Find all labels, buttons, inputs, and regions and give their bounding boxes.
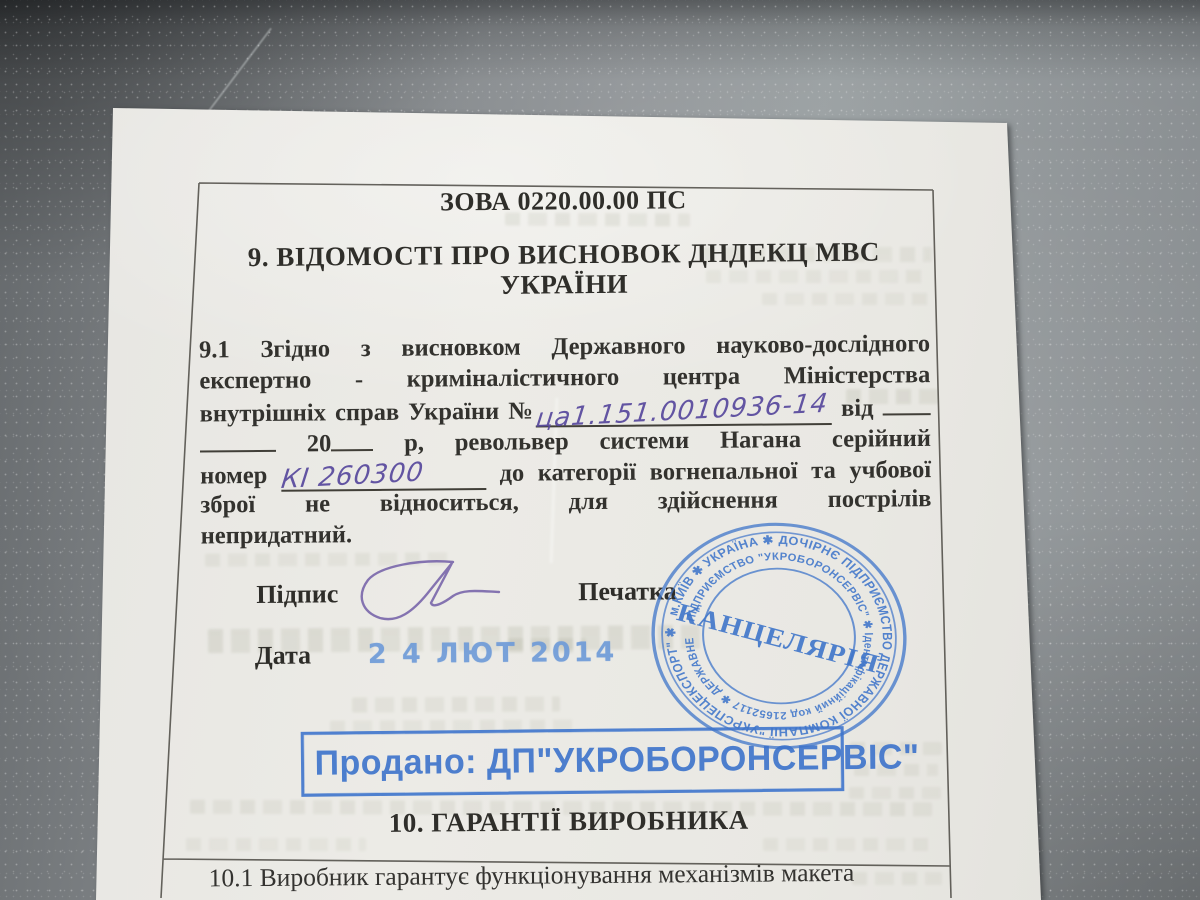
p91-line5-prefix: номер xyxy=(200,462,267,490)
seal-label: Печатка xyxy=(578,576,677,607)
paper-sheet: ЗОВА 0220.00.00 ПС 9. ВІДОМОСТІ ПРО ВИСН… xyxy=(0,0,1200,900)
section9-heading-line2: УКРАЇНИ xyxy=(198,266,929,303)
signature-label: Підпис xyxy=(256,579,338,610)
document-code: ЗОВА 0220.00.00 ПС xyxy=(198,183,929,219)
section10-heading: 10. ГАРАНТІЇ ВИРОБНИКА xyxy=(203,803,934,840)
expert-report-number-field: ца1.151.0010936-14 xyxy=(536,393,832,428)
sold-stamp-text: Продано: ДП"УКРОБОРОНСЕРВІС" xyxy=(304,729,825,791)
blank-line xyxy=(883,392,931,415)
p91-year-prefix: 20 xyxy=(307,430,332,457)
date-stamp: 2 4 ЛЮТ 2014 xyxy=(368,637,618,670)
p91-line5-suffix: до категорії вогнепальної та учбової xyxy=(499,456,931,487)
photo-scene: ЗОВА 0220.00.00 ПС 9. ВІДОМОСТІ ПРО ВИСН… xyxy=(0,0,1200,900)
sold-stamp: Продано: ДП"УКРОБОРОНСЕРВІС" xyxy=(301,726,845,797)
p91-line3-prefix: внутрішніх справ України № xyxy=(200,398,537,428)
p91-line3-suffix: від xyxy=(841,395,874,422)
blank-line xyxy=(331,428,373,451)
blank-line xyxy=(200,429,276,452)
p91-line7: непридатний. xyxy=(201,516,932,553)
p91-line4-text: р, револьвер системи Нагана серійний xyxy=(404,425,931,457)
document-paper: ЗОВА 0220.00.00 ПС 9. ВІДОМОСТІ ПРО ВИСН… xyxy=(0,0,1200,900)
serial-number-field: КІ 260300 xyxy=(281,458,486,492)
paragraph-10-1: 10.1 Виробник гарантує функціонування ме… xyxy=(209,857,939,893)
date-label: Дата xyxy=(255,641,312,671)
paragraph-9-1: 9.1 Згідно з висновком Державного науков… xyxy=(199,330,932,553)
